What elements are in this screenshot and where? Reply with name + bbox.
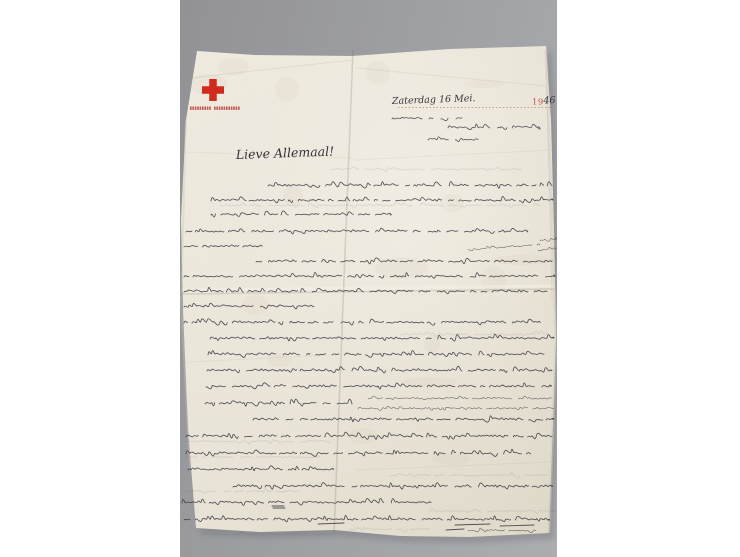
letterhead-caption <box>190 107 240 110</box>
letter-artwork: Zaterdag 16 Mei. 19 46 Lieve Allemaal! <box>0 0 740 557</box>
dateline-handwritten-year: 46 <box>542 95 555 106</box>
letter-photo: Zaterdag 16 Mei. 19 46 Lieve Allemaal! <box>0 0 740 557</box>
printed-year-prefix: 19 <box>532 98 544 108</box>
